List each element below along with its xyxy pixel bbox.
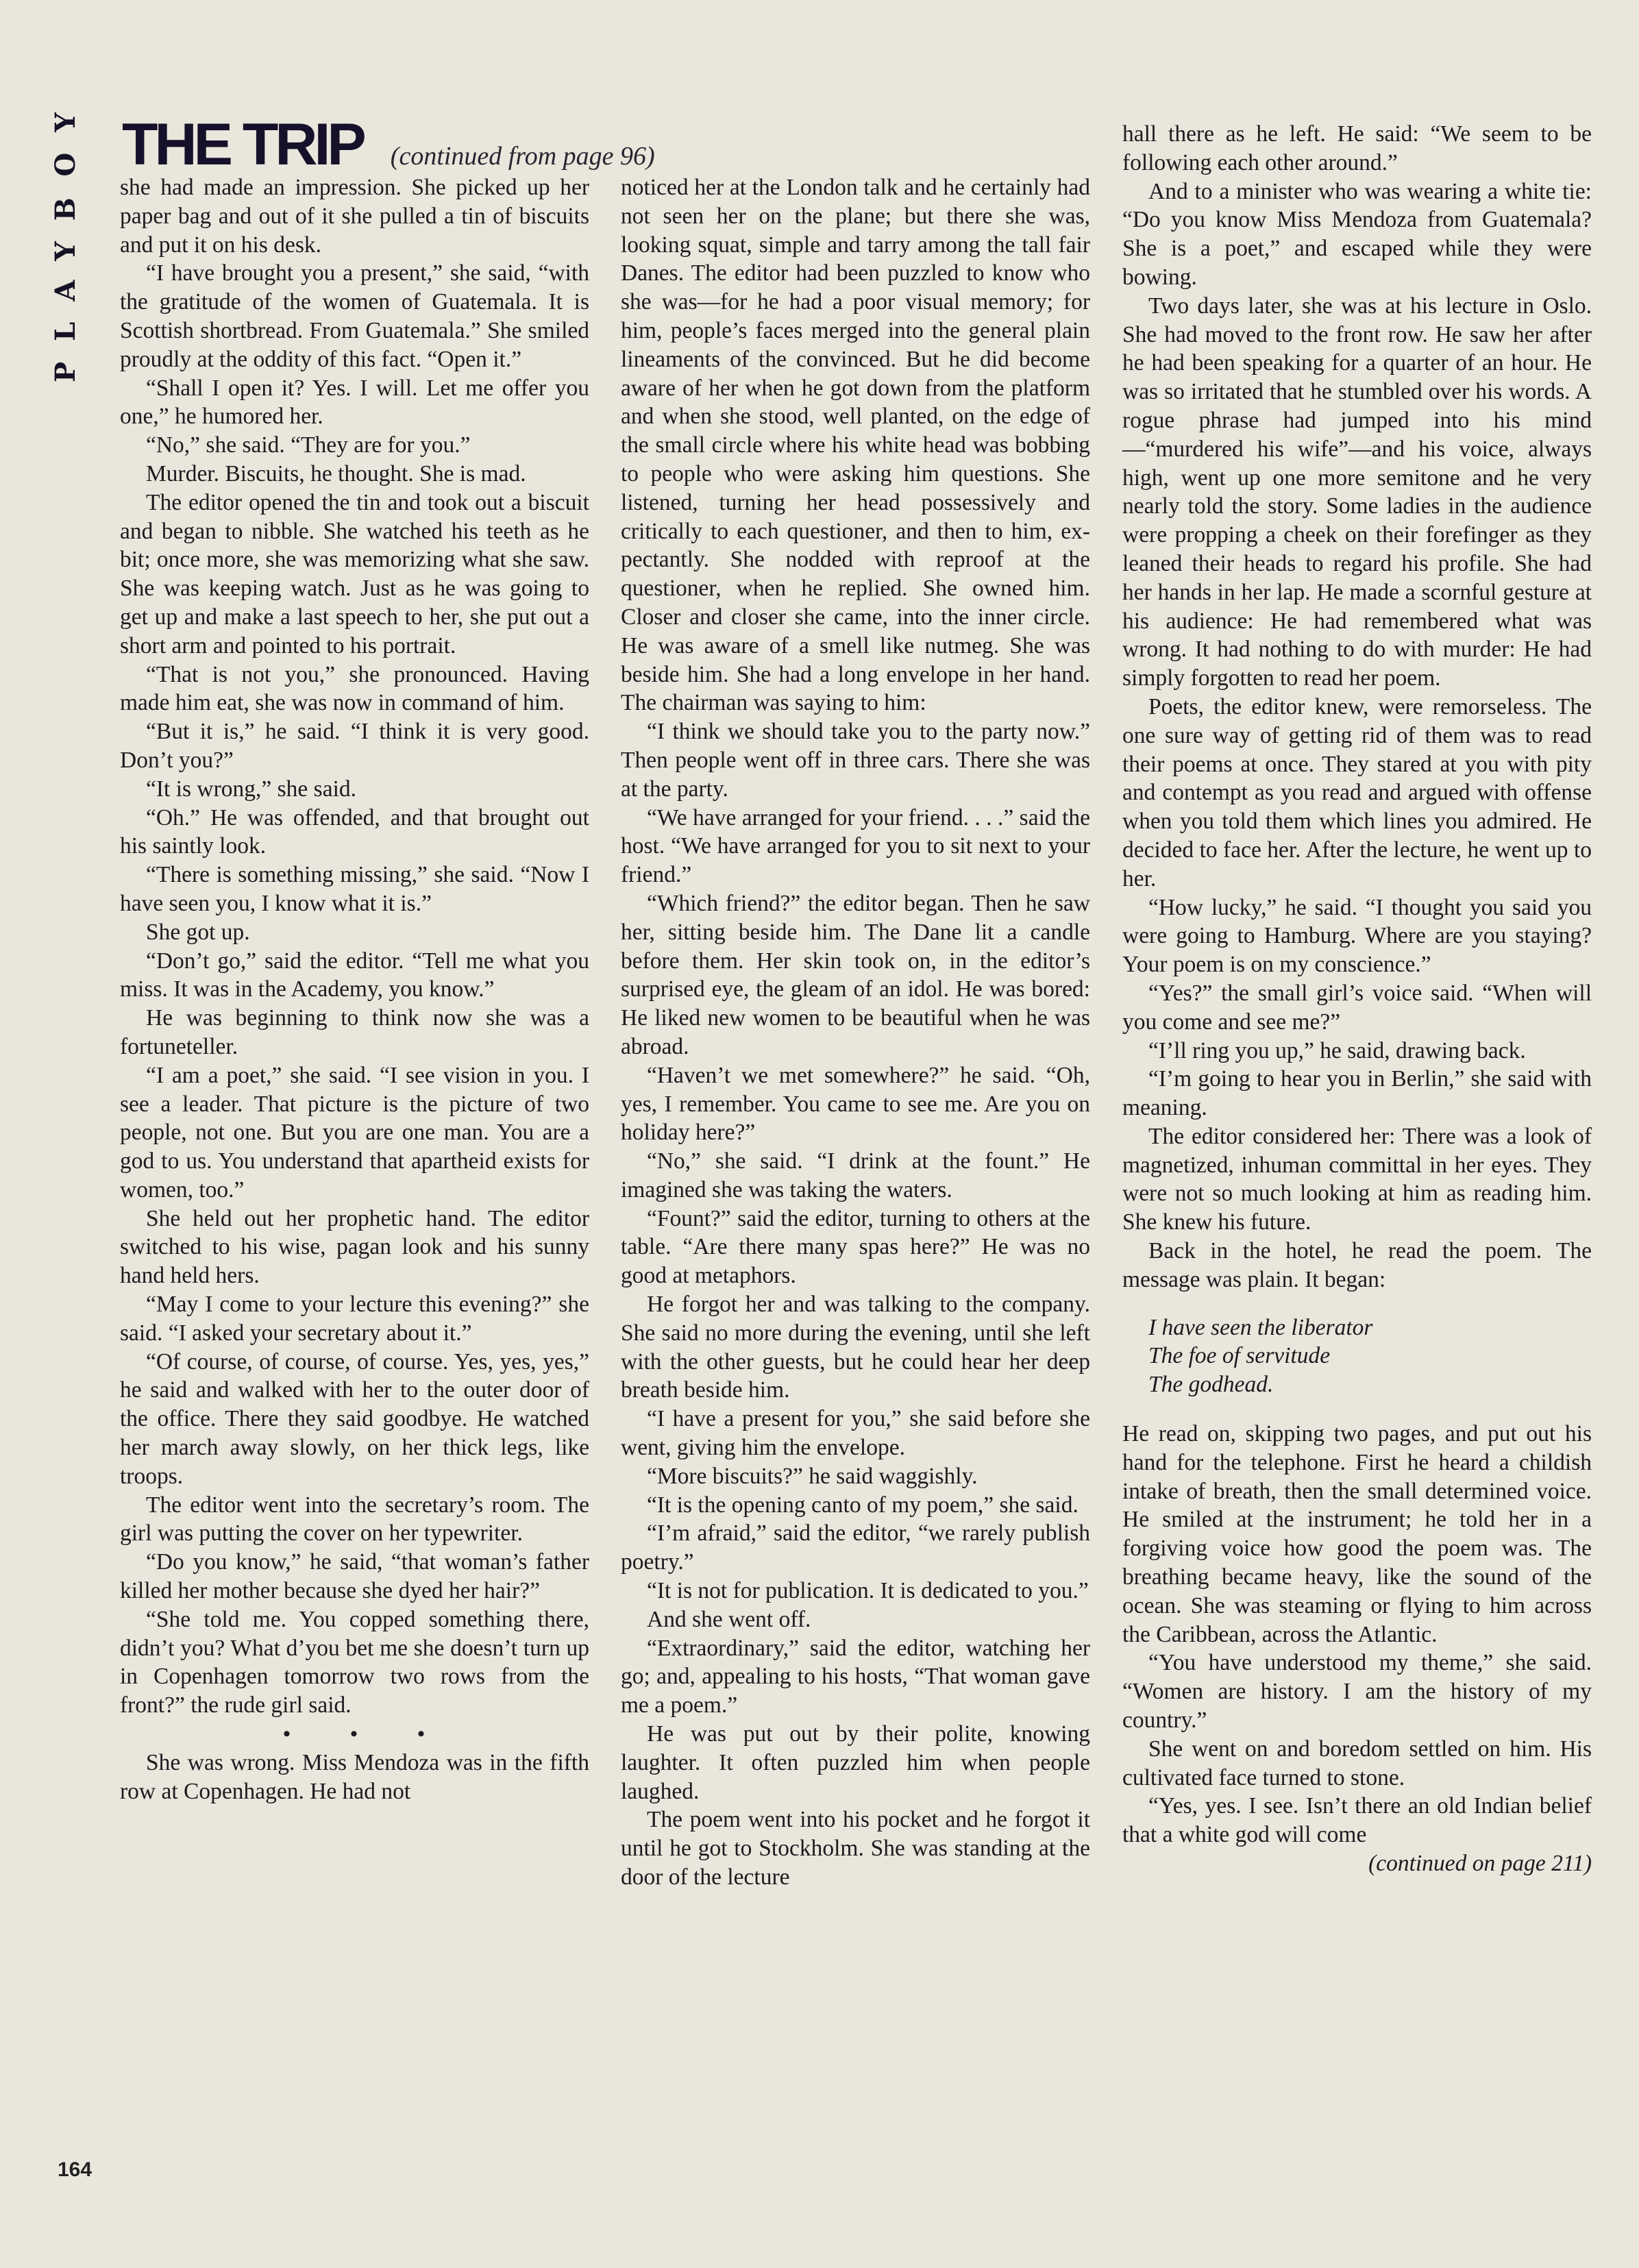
poem-excerpt: I have seen the liberatorThe foe of serv…: [1122, 1314, 1592, 1399]
paragraph: “I’m going to hear you in Berlin,” she s…: [1122, 1065, 1592, 1122]
paragraph: He was beginning to think now she was a …: [120, 1004, 589, 1061]
paragraph: “Yes, yes. I see. Isn’t there an old Ind…: [1122, 1792, 1592, 1849]
continued-on-note: (continued on page 211): [1122, 1849, 1592, 1878]
text-column-2: noticed her at the London talk and he ce…: [621, 173, 1090, 1892]
poem-line: I have seen the liberator: [1148, 1314, 1592, 1342]
page-number: 164: [58, 2158, 92, 2182]
paragraph: “It is the opening canto of my poem,” sh…: [621, 1491, 1090, 1520]
paragraph: The editor considered her: There was a l…: [1122, 1122, 1592, 1237]
paragraph: And she went off.: [621, 1605, 1090, 1634]
paragraph: “Shall I open it? Yes. I will. Let me of…: [120, 374, 589, 432]
paragraph: She went on and boredom settled on him. …: [1122, 1735, 1592, 1792]
paragraph: Back in the hotel, he read the poem. The…: [1122, 1237, 1592, 1294]
text-column-1: she had made an impression. She picked u…: [120, 173, 589, 1805]
paragraph: “Don’t go,” said the editor. “Tell me wh…: [120, 947, 589, 1004]
paragraph: “I am a poet,” she said. “I see vision i…: [120, 1061, 589, 1205]
paragraph: “I have a present for you,” she said bef…: [621, 1405, 1090, 1462]
paragraph: “Haven’t we met somewhere?” he said. “Oh…: [621, 1061, 1090, 1147]
paragraph: “You have understood my theme,” she said…: [1122, 1649, 1592, 1734]
paragraph: “I have brought you a present,” she said…: [120, 259, 589, 373]
paragraph: she had made an impression. She picked u…: [120, 173, 589, 259]
paragraph: “It is wrong,” she said.: [120, 775, 589, 804]
paragraph: “That is not you,” she pronounced. Havin…: [120, 661, 589, 718]
paragraph: “But it is,” he said. “I think it is ver…: [120, 717, 589, 775]
paragraph: “We have arranged for your friend. . . .…: [621, 804, 1090, 889]
paragraph: Murder. Biscuits, he thought. She is mad…: [120, 460, 589, 489]
paragraph: “More biscuits?” he said waggishly.: [621, 1462, 1090, 1491]
paragraph: “It is not for publication. It is dedica…: [621, 1577, 1090, 1605]
paragraph: The editor went into the secretary’s roo…: [120, 1491, 589, 1549]
paragraph: “How lucky,” he said. “I thought you sai…: [1122, 893, 1592, 979]
paragraph: He forgot her and was talking to the com…: [621, 1290, 1090, 1405]
paragraph: “I think we should take you to the party…: [621, 717, 1090, 803]
poem-line: The foe of servitude: [1148, 1342, 1592, 1370]
section-break: • • •: [120, 1720, 589, 1749]
paragraph: She was wrong. Miss Mendoza was in the f…: [120, 1749, 589, 1806]
paragraph: He read on, skipping two pages, and put …: [1122, 1420, 1592, 1649]
text-column-3: hall there as he left. He said: “We seem…: [1122, 120, 1592, 1878]
paragraph: “I’ll ring you up,” he said, drawing bac…: [1122, 1037, 1592, 1065]
continued-from-note: (continued from page 96): [391, 141, 655, 171]
paragraph: “Extraordinary,” said the editor, watchi…: [621, 1634, 1090, 1720]
paragraph: She got up.: [120, 918, 589, 947]
paragraph: noticed her at the London talk and he ce…: [621, 173, 1090, 717]
paragraph: Two days later, she was at his lecture i…: [1122, 292, 1592, 693]
paragraph: “May I come to your lecture this eve­nin…: [120, 1290, 589, 1348]
paragraph: The poem went into his pocket and he for…: [621, 1805, 1090, 1891]
paragraph: Poets, the editor knew, were remorse­les…: [1122, 693, 1592, 893]
paragraph: “No,” she said. “They are for you.”: [120, 431, 589, 460]
paragraph: hall there as he left. He said: “We seem…: [1122, 120, 1592, 177]
paragraph: “There is something missing,” she said. …: [120, 861, 589, 918]
paragraph: “I’m afraid,” said the editor, “we rare­…: [621, 1519, 1090, 1577]
article-header: THE TRIP (continued from page 96): [122, 115, 655, 174]
poem-line: The godhead.: [1148, 1370, 1592, 1399]
paragraph: “She told me. You copped something there…: [120, 1605, 589, 1720]
paragraph: The editor opened the tin and took out a…: [120, 489, 589, 661]
paragraph: She held out her prophetic hand. The edi…: [120, 1205, 589, 1290]
article-title: THE TRIP: [122, 115, 363, 174]
magazine-name: PLAYBOY: [49, 92, 82, 382]
magazine-spine-label: PLAYBOY: [49, 122, 84, 382]
paragraph: He was put out by their polite, know­ing…: [621, 1720, 1090, 1805]
paragraph: “Do you know,” he said, “that wom­an’s f…: [120, 1548, 589, 1605]
paragraph: And to a minister who was wearing a whit…: [1122, 177, 1592, 292]
paragraph: “Of course, of course, of course. Yes, y…: [120, 1348, 589, 1491]
paragraph: “Yes?” the small girl’s voice said. “Whe…: [1122, 979, 1592, 1037]
paragraph: “Which friend?” the editor began. Then h…: [621, 889, 1090, 1061]
paragraph: “No,” she said. “I drink at the fount.” …: [621, 1147, 1090, 1205]
paragraph: “Fount?” said the editor, turning to oth…: [621, 1205, 1090, 1290]
paragraph: “Oh.” He was offended, and that brought …: [120, 804, 589, 861]
